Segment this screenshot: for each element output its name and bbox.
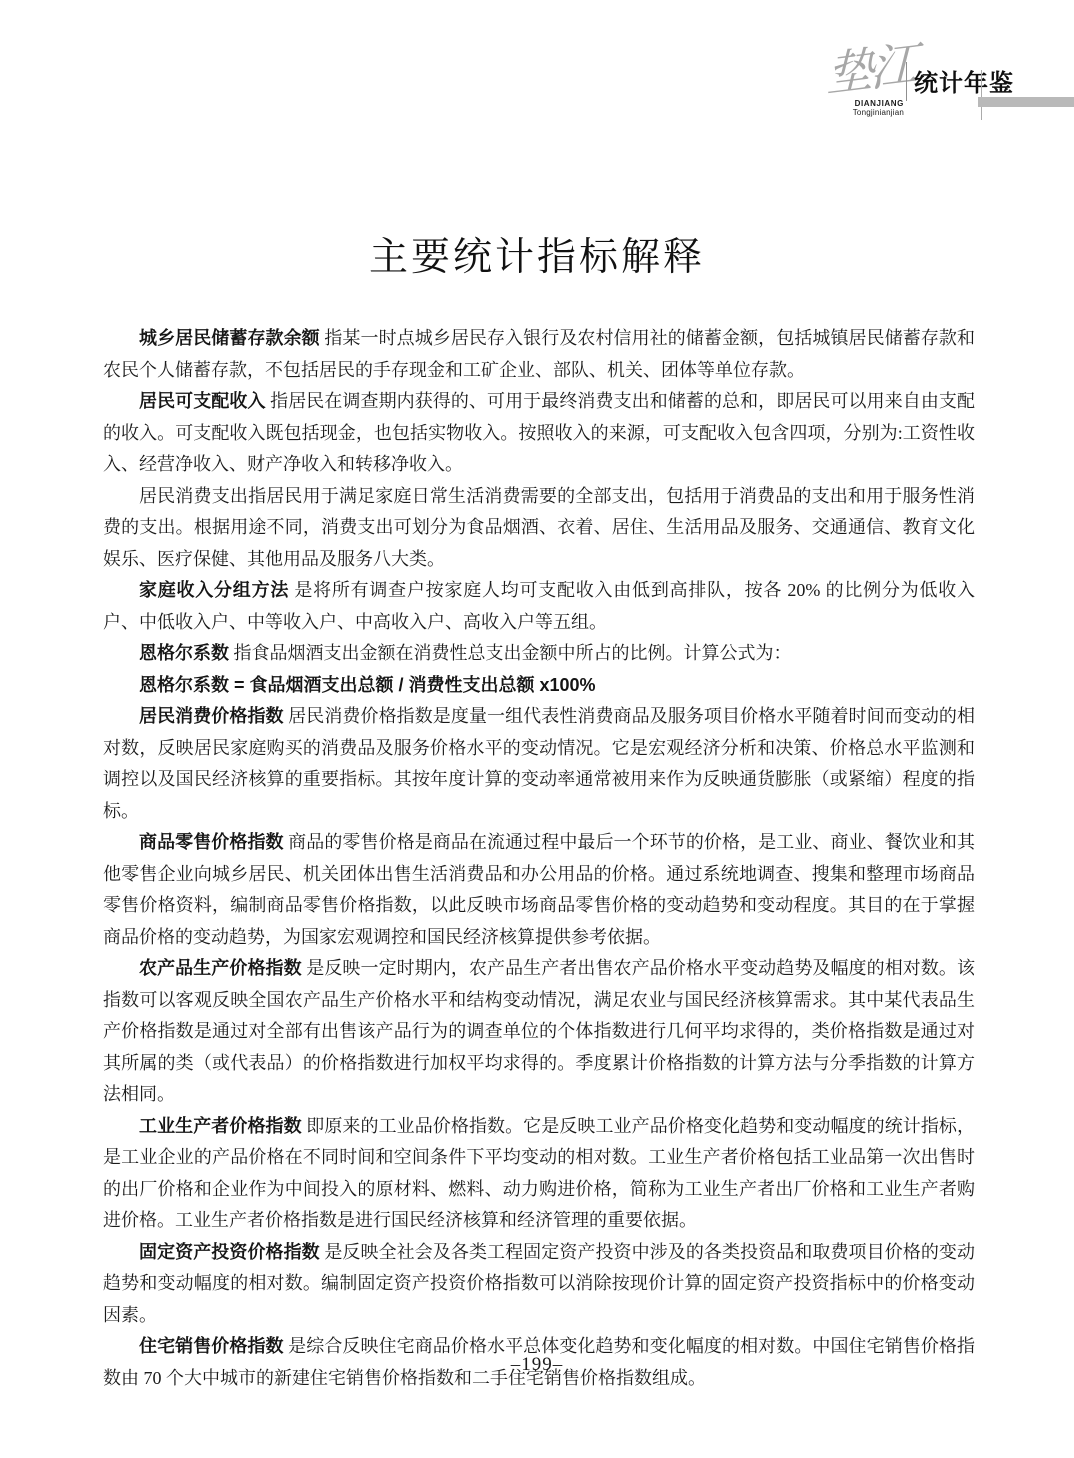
page-footer: –199– [0, 1354, 1074, 1376]
definition-paragraph: 居民消费支出指居民用于满足家庭日常生活消费需要的全部支出，包括用于消费品的支出和… [103, 481, 975, 576]
definition-paragraph: 工业生产者价格指数 即原来的工业品价格指数。它是反映工业产品价格变化趋势和变动幅… [103, 1111, 975, 1237]
indicator-term: 商品零售价格指数 [139, 832, 284, 852]
definition-paragraph: 农产品生产价格指数 是反映一定时期内，农产品生产者出售农产品价格水平变动趋势及幅… [103, 953, 975, 1111]
definition-paragraph: 固定资产投资价格指数 是反映全社会及各类工程固定资产投资中涉及的各类投资品和取费… [103, 1237, 975, 1332]
page-number: –199– [511, 1354, 564, 1375]
header-divider-right [981, 70, 982, 120]
formula-line: 恩格尔系数 = 食品烟酒支出总额 / 消费性支出总额 x100% [103, 670, 975, 702]
definition-paragraph: 居民可支配收入 指居民在调查期内获得的、可用于最终消费支出和储蓄的总和，即居民可… [103, 386, 975, 481]
definition-paragraph: 居民消费价格指数 居民消费价格指数是度量一组代表性消费商品及服务项目价格水平随着… [103, 701, 975, 827]
indicator-term: 家庭收入分组方法 [139, 580, 289, 600]
definition-paragraph: 家庭收入分组方法 是将所有调查户按家庭人均可支配收入由低到高排队，按各 20% … [103, 575, 975, 638]
definition-paragraph: 恩格尔系数 指食品烟酒支出金额在消费性总支出金额中所占的比例。计算公式为： [103, 638, 975, 670]
yearbook-label: 统计年鉴 [914, 63, 1014, 98]
definitions-content: 城乡居民储蓄存款余额 指某一时点城乡居民存入银行及农村信用社的储蓄金额，包括城镇… [103, 323, 975, 1394]
indicator-term: 居民消费价格指数 [139, 706, 284, 726]
indicator-term: 城乡居民储蓄存款余额 [139, 328, 320, 348]
logo-subtext: DIANJIANG Tongjinianjian [838, 99, 904, 117]
definition-paragraph: 城乡居民储蓄存款余额 指某一时点城乡居民存入银行及农村信用社的储蓄金额，包括城镇… [103, 323, 975, 386]
header-divider-left [906, 62, 907, 101]
indicator-term: 工业生产者价格指数 [139, 1116, 302, 1136]
definition-paragraph: 商品零售价格指数 商品的零售价格是商品在流通过程中最后一个环节的价格，是工业、商… [103, 827, 975, 953]
indicator-term: 固定资产投资价格指数 [139, 1242, 320, 1262]
logo-subtext-pinyin: Tongjinianjian [838, 108, 904, 117]
page-title: 主要统计指标解释 [0, 226, 1074, 282]
indicator-term: 住宅销售价格指数 [139, 1336, 284, 1356]
indicator-term: 恩格尔系数 = 食品烟酒支出总额 / 消费性支出总额 x100% [139, 675, 596, 695]
indicator-term: 恩格尔系数 [139, 643, 229, 663]
indicator-term: 居民可支配收入 [139, 391, 266, 411]
document-page: 垫江 DIANJIANG Tongjinianjian 统计年鉴 主要统计指标解… [0, 0, 1074, 1458]
dianjiang-calligraphy-logo: 垫江 [826, 40, 914, 99]
indicator-term: 农产品生产价格指数 [139, 958, 302, 978]
logo-subtext-pinyin-caps: DIANJIANG [838, 99, 904, 108]
header-gray-bar [978, 97, 1074, 107]
